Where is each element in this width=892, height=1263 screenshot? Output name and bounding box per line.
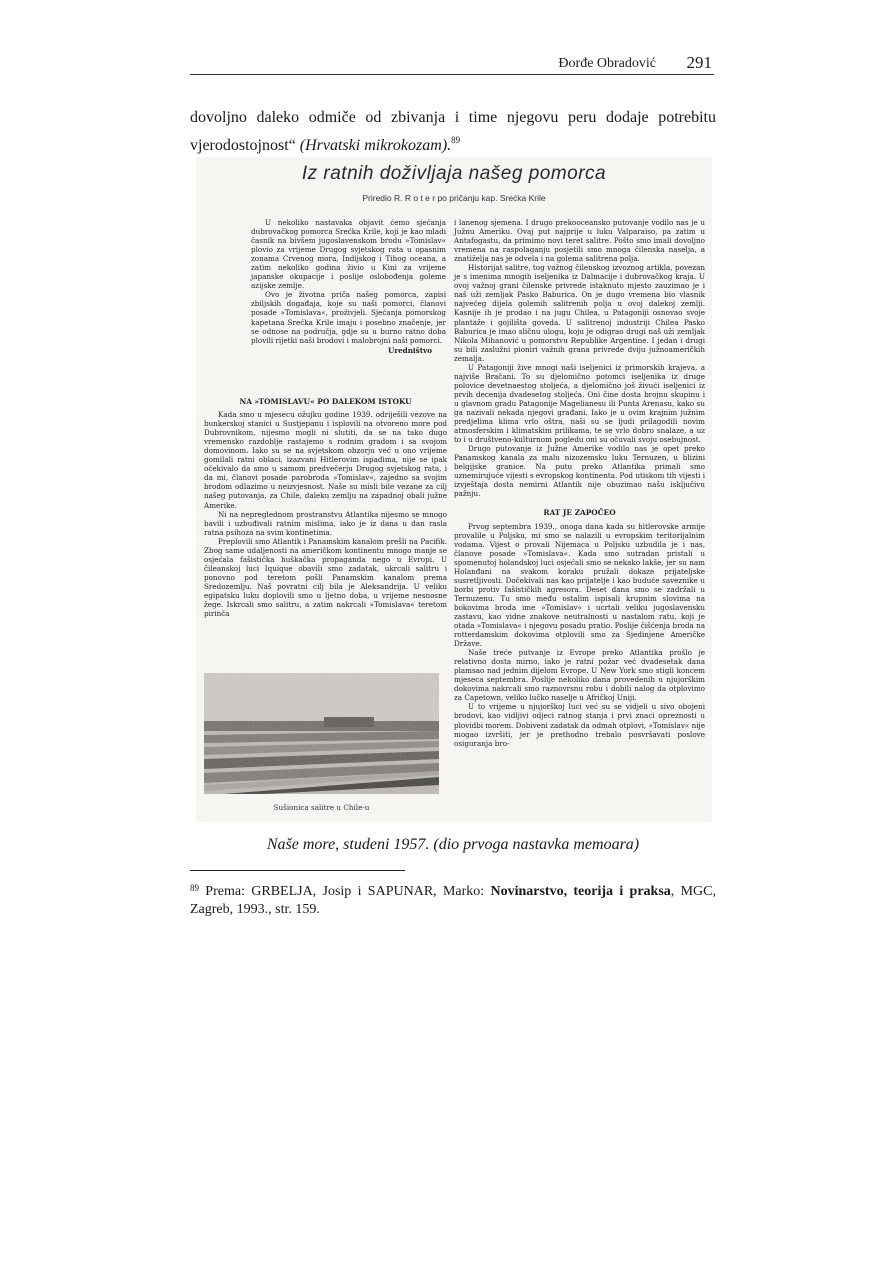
clipping-title: Iz ratnih doživljaja našeg pomorca (196, 163, 712, 185)
clipping-byline: Priredio R. R o t e r po pričanju kap. S… (196, 193, 712, 203)
clipping-paragraph: Ovo je životna priča našeg pomorca, zapi… (251, 290, 446, 344)
footnote-reference: 89 (451, 135, 460, 145)
intro-italic: (Hrvatski mikrokozam). (300, 137, 451, 154)
clipping-paragraph: Naše treće putvanje iz Evrope preko Atla… (454, 648, 705, 702)
footnote-divider (190, 870, 405, 871)
intro-text: dovoljno daleko odmiče od zbivanja i tim… (190, 109, 716, 154)
clipping-paragraph: U nekoliko nastavaka objavit ćemo sjećan… (251, 218, 446, 290)
clipping-paragraph: Historijat salitre, tog važnog čilenskog… (454, 263, 705, 363)
photo-caption: Sušionica salitre u Chile-u (204, 803, 439, 812)
running-header: Đorđe Obradović 291 (190, 52, 714, 75)
page-number: 291 (687, 53, 713, 73)
footnote-number: 89 (190, 883, 199, 893)
clipping-paragraph: Ni na nepreglednom prostranstvu Atlantik… (204, 510, 447, 537)
clipping-paragraph: Drugo putovanje iz Južne Amerike vodilo … (454, 444, 705, 498)
editorial-signature: Uredništvo (251, 346, 446, 355)
section-heading: NA »TOMISLAVU« PO DALEKOM ISTOKU (204, 397, 447, 406)
footnote: 89 Prema: GRBELJA, Josip i SAPUNAR, Mark… (190, 879, 716, 919)
clipping-left-column: NA »TOMISLAVU« PO DALEKOM ISTOKU Kada sm… (204, 387, 447, 618)
clipping-paragraph: U to vrijeme u njujorškoj luci već su se… (454, 702, 705, 747)
section-heading: RAT JE ZAPOČEO (454, 508, 705, 517)
clipping-right-column: i lanenog sjemena. I drugo prekooceansko… (454, 218, 705, 748)
footnote-book-title: Novinarstvo, teorija i praksa (490, 884, 670, 899)
clipping-paragraph: Kada smo u mjesecu ožujku godine 1939. o… (204, 410, 447, 510)
header-author: Đorđe Obradović (558, 56, 656, 72)
clipping-paragraph: Preplovili smo Atlantik i Panamskim kana… (204, 537, 447, 618)
footnote-prefix: Prema: GRBELJA, Josip i SAPUNAR, Marko: (199, 884, 490, 899)
clipping-paragraph: i lanenog sjemena. I drugo prekooceansko… (454, 218, 705, 263)
clipping-editorial-intro: U nekoliko nastavaka objavit ćemo sjećan… (251, 218, 446, 355)
clipping-paragraph: Prvog septembra 1939., onoga dana kada s… (454, 522, 705, 649)
saltpeter-photo (204, 673, 439, 794)
photo-image (204, 673, 439, 794)
clipping-paragraph: U Patagoniji žive mnogi naši iseljenici … (454, 363, 705, 444)
newspaper-clipping: Iz ratnih doživljaja našeg pomorca Prire… (196, 157, 712, 822)
intro-paragraph: dovoljno daleko odmiče od zbivanja i tim… (190, 106, 716, 157)
clipping-source-caption: Naše more, studeni 1957. (dio prvoga nas… (190, 836, 716, 854)
